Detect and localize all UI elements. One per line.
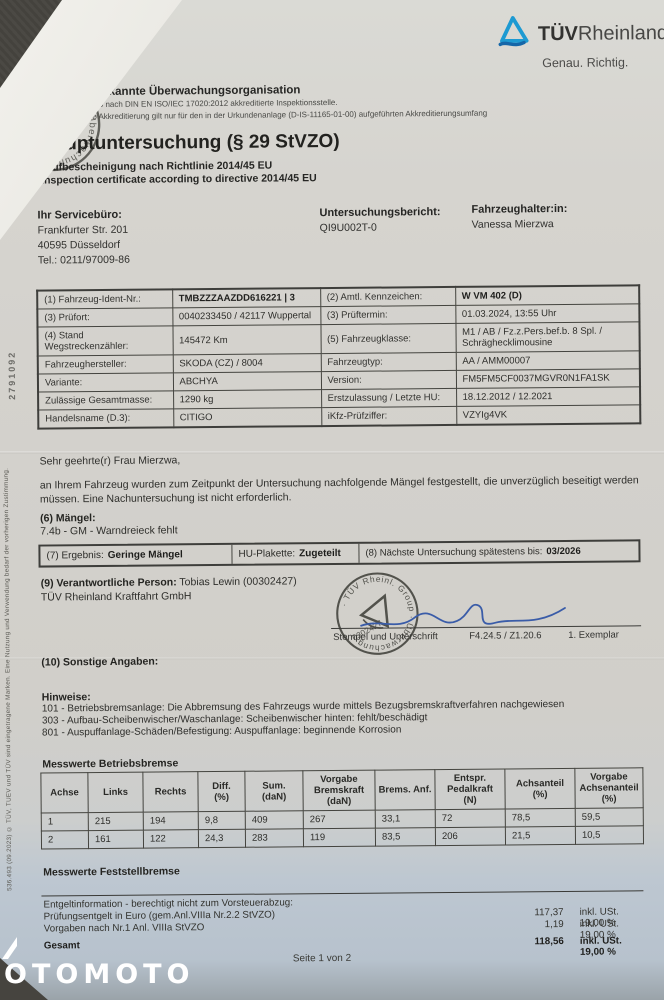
vehicle-field-label: Zulässige Gesamtmasse: <box>38 391 173 410</box>
table-header-row: Achse Links Rechts Diff. (%) Sum. (daN) … <box>41 768 643 813</box>
brake-cell: 24,3 <box>198 829 245 847</box>
fee-label: Prüfungsentgelt in Euro (gem.Anl.VIIIa N… <box>44 910 276 923</box>
responsible-person-name: Tobias Lewin (00302427) <box>179 575 296 588</box>
service-brake-table: Achse Links Rechts Diff. (%) Sum. (daN) … <box>40 767 644 849</box>
column-header: Vorgabe Bremskraft (daN) <box>303 770 375 811</box>
brake-cell: 409 <box>245 811 303 830</box>
tuv-rheinland-logo: TÜVRheinland Genau. Richtig. <box>496 13 664 70</box>
vehicle-holder-label: Fahrzeughalter:in: <box>471 203 567 216</box>
column-header: Diff. (%) <box>198 771 245 811</box>
vehicle-field-label: iKfz-Prüfziffer: <box>321 406 456 426</box>
otomoto-logo-icon <box>2 937 20 964</box>
table-row: 2 161 122 24,3 283 119 83,5 206 21,5 10,… <box>41 826 643 849</box>
vehicle-data-table: (1) Fahrzeug-Ident-Nr.: TMBZZZAAZDD61622… <box>36 284 641 429</box>
vehicle-field-label: Fahrzeugtyp: <box>321 352 456 371</box>
brake-cell: 2 <box>41 831 88 849</box>
brake-cell: 283 <box>245 829 303 848</box>
column-header: Brems. Anf. <box>375 770 435 811</box>
brake-cell: 206 <box>435 827 505 846</box>
vehicle-field-value: AA / AMM00007 <box>456 351 640 371</box>
vehicle-field-label: Handelsname (D.3): <box>38 409 173 429</box>
brake-cell: 83,5 <box>375 828 435 847</box>
tuv-triangle-icon <box>496 14 530 55</box>
fee-total-label: Gesamt <box>44 940 80 951</box>
copy-label: 1. Exemplar <box>568 630 619 641</box>
report-number-label: Untersuchungsbericht: <box>319 206 440 219</box>
service-office-city: 40595 Düsseldorf <box>38 239 130 252</box>
brake-cell: 72 <box>435 809 505 828</box>
logo-brand-rest: Rheinland <box>578 22 664 45</box>
vehicle-field-value: 0040233450 / 42117 Wuppertal <box>172 307 320 326</box>
edge-print-note: 536.493 (09.2023) © TÜV, TUEV und TÜV si… <box>2 411 13 891</box>
vehicle-holder-name: Vanessa Mierzwa <box>472 218 568 231</box>
column-header: Sum. (daN) <box>245 771 303 812</box>
other-info-heading: (10) Sonstige Angaben: <box>41 650 641 669</box>
service-office-block: Ihr Servicebüro: Frankfurter Str. 201 40… <box>37 209 130 267</box>
form-code: F4.24.5 / Z1.20.6 <box>469 630 541 642</box>
fee-total-amount: 118,56 <box>484 936 564 948</box>
vehicle-field-value: 1290 kg <box>173 390 321 409</box>
certificate-paper: TÜVRheinland Genau. Richtig. · TÜV Rhein… <box>0 0 664 1000</box>
result-label: (7) Ergebnis: <box>46 550 103 561</box>
fee-amount: 1,19 <box>484 919 564 931</box>
logo-brand-bold: TÜV <box>538 23 578 45</box>
logo-wordmark: TÜVRheinland <box>538 22 664 46</box>
brake-cell: 215 <box>88 812 143 830</box>
letter-salutation: Sehr geehrte(r) Frau Mierzwa, <box>40 449 640 468</box>
brake-cell: 9,8 <box>198 811 245 829</box>
brake-cell: 33,1 <box>375 810 435 829</box>
vehicle-field-value: CITIGO <box>173 408 321 428</box>
brake-cell: 122 <box>143 830 198 848</box>
service-office-street: Frankfurter Str. 201 <box>38 224 130 237</box>
document-title: Hauptuntersuchung (§ 29 StVZO) <box>41 131 340 156</box>
column-header: Achse <box>41 773 88 813</box>
vehicle-field-value: 01.03.2024, 13:55 Uhr <box>455 304 639 324</box>
document-photo: TÜVRheinland Genau. Richtig. · TÜV Rhein… <box>0 0 664 1000</box>
vehicle-field-label: (3) Prüftermin: <box>320 305 455 324</box>
brake-cell: 21,5 <box>505 826 575 845</box>
otomoto-watermark: OTOMOTO <box>4 959 195 990</box>
vehicle-field-label: Version: <box>321 370 456 389</box>
vehicle-field-value: M1 / AB / Fz.z.Pers.bef.b. 8 Spl. / Schr… <box>455 322 639 353</box>
column-header: Entspr. Pedalkraft (N) <box>435 769 505 810</box>
vehicle-field-label: Fahrzeughersteller: <box>38 355 173 374</box>
brake-cell: 161 <box>88 830 143 848</box>
vehicle-field-value: 18.12.2012 / 12.2021 <box>456 387 640 407</box>
result-value: Geringe Mängel <box>108 549 183 561</box>
vehicle-field-value: VZYIg4VK <box>456 405 640 425</box>
responsible-person-label: (9) Verantwortliche Person: <box>41 576 177 589</box>
brake-cell: 10,5 <box>575 826 643 845</box>
column-header: Achsanteil (%) <box>505 768 575 809</box>
logo-tagline: Genau. Richtig. <box>542 55 664 70</box>
vehicle-field-label: Erstzulassung / Letzte HU: <box>321 388 456 407</box>
vehicle-field-value: W VM 402 (D) <box>455 285 639 305</box>
service-office-phone: Tel.: 0211/97009-86 <box>38 254 130 267</box>
result-cell: (7) Ergebnis:Geringe Mängel <box>40 545 232 566</box>
letter-body: an Ihrem Fahrzeug wurden zum Zeitpunkt d… <box>40 473 640 506</box>
brake-cell: 1 <box>41 813 88 831</box>
vehicle-holder-block: Fahrzeughalter:in: Vanessa Mierzwa <box>471 203 567 231</box>
vehicle-field-value: ABCHYA <box>173 372 321 391</box>
otomoto-brand-text: OTOMOTO <box>4 959 195 990</box>
document-subtitle-en: Inspection certificate according to dire… <box>41 172 317 186</box>
vehicle-field-label: (4) Stand Wegstreckenzähler: <box>37 326 172 356</box>
table-row: Handelsname (D.3): CITIGO iKfz-Prüfziffe… <box>38 405 640 429</box>
vehicle-field-value: SKODA (CZ) / 8004 <box>173 354 321 373</box>
service-office-label: Ihr Servicebüro: <box>37 209 129 222</box>
column-header: Vorgabe Achsenanteil (%) <box>575 768 643 809</box>
plakette-value: Zugeteilt <box>299 548 341 559</box>
report-number-value: QI9U002T-0 <box>320 221 441 234</box>
next-inspection-value: 03/2026 <box>546 546 580 557</box>
vehicle-field-label: (2) Amtl. Kennzeichen: <box>320 287 455 307</box>
vehicle-field-label: (5) Fahrzeugklasse: <box>320 323 455 353</box>
brake-cell: 59,5 <box>575 808 643 827</box>
accreditation-line2: Die Akkreditierung gilt nur für den in d… <box>85 108 555 122</box>
fee-total-row: Gesamt 118,56 inkl. USt. 19,00 % <box>44 935 644 951</box>
fee-amount: 117,37 <box>484 907 564 919</box>
vehicle-field-label: (1) Fahrzeug-Ident-Nr.: <box>37 289 172 309</box>
column-header: Rechts <box>143 772 198 812</box>
vehicle-field-value: FM5FM5CF0037MGVR0N1FA1SK <box>456 369 640 389</box>
vehicle-field-label: (3) Prüfort: <box>37 308 172 327</box>
brake-cell: 119 <box>303 828 375 847</box>
certificate-content: TÜVRheinland Genau. Richtig. · TÜV Rhein… <box>0 0 664 1000</box>
vehicle-field-label: Variante: <box>38 373 173 392</box>
vehicle-field-value: TMBZZZAAZDD616221 | 3 <box>172 288 320 308</box>
next-inspection-label: (8) Nächste Untersuchung spätestens bis: <box>365 546 542 559</box>
brake-cell: 194 <box>143 812 198 830</box>
signature-caption: Stempel und Unterschrift <box>333 631 438 643</box>
accreditation-block: anerkannte Überwachungsorganisation AkkS… <box>84 82 554 122</box>
report-number-block: Untersuchungsbericht: QI9U002T-0 <box>319 206 440 234</box>
document-subtitle-de: Prüfbescheinigung nach Richtlinie 2014/4… <box>41 160 272 174</box>
vehicle-field-value: 145472 Km <box>172 325 320 355</box>
parking-brake-heading: Messwerte Feststellbremse <box>43 860 643 879</box>
brake-cell: 267 <box>303 810 375 829</box>
brake-cell: 78,5 <box>505 808 575 827</box>
next-inspection-cell: (8) Nächste Untersuchung spätestens bis:… <box>359 541 638 562</box>
fee-label: Vorgaben nach Nr.1 Anl. VIIIa StVZO <box>44 922 205 934</box>
column-header: Links <box>88 772 143 812</box>
plakette-label: HU-Plakette: <box>238 548 295 559</box>
edge-serial-number: 2791092 <box>7 351 17 400</box>
